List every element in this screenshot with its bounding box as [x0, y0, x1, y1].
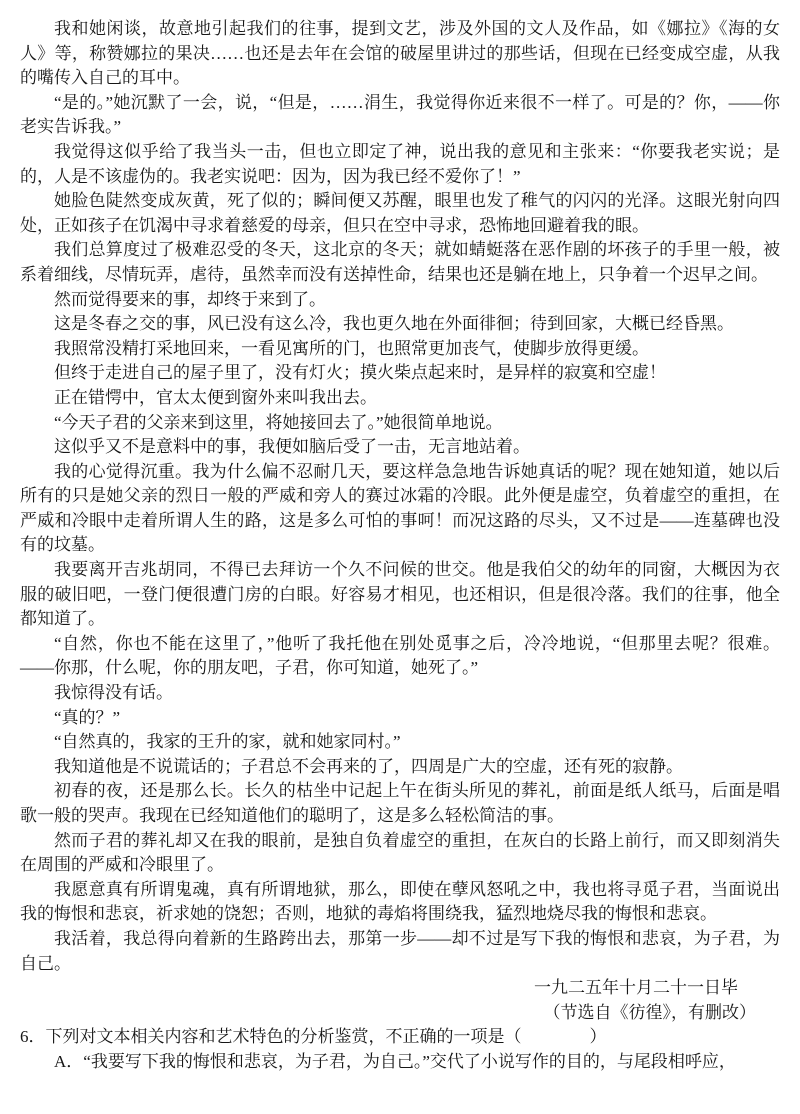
- paragraph: 我觉得这似乎给了我当头一击，但也立即定了神，说出我的意见和主张来：“你要我老实说…: [20, 140, 780, 189]
- paragraph: 她脸色陡然变成灰黄，死了似的；瞬间便又苏醒，眼里也发了稚气的闪闪的光泽。这眼光射…: [20, 189, 780, 238]
- paragraph: “自然真的，我家的王升的家，就和她家同村。”: [20, 730, 780, 755]
- source-attribution-line: （节选自《彷徨》，有删改）: [20, 1001, 780, 1026]
- paragraph: 这是冬春之交的事，风已没有这么冷，我也更久地在外面徘徊；待到回家，大概已经昏黑。: [20, 312, 780, 337]
- paragraph: “真的？”: [20, 706, 780, 731]
- option-a-text: “我要写下我的悔恨和悲哀，为子君，为自己。”交代了小说写作的目的，与尾段相呼应，: [83, 1052, 736, 1071]
- paragraph: 我要离开吉兆胡同，不得已去拜访一个久不问候的世交。他是我伯父的幼年的同窗，大概因…: [20, 558, 780, 632]
- paragraph: 正在错愕中，官太太便到窗外来叫我出去。: [20, 386, 780, 411]
- paragraph: 我和她闲谈，故意地引起我们的往事，提到文艺，涉及外国的文人及作品，如《娜拉》《海…: [20, 17, 780, 91]
- question-6: 6．下列对文本相关内容和艺术特色的分析鉴赏，不正确的一项是（ ）: [20, 1025, 780, 1050]
- document-page: 我和她闲谈，故意地引起我们的往事，提到文艺，涉及外国的文人及作品，如《娜拉》《海…: [0, 0, 800, 1114]
- paragraph: “自然，你也不能在这里了，”他听了我托他在别处觅事之后，冷冷地说，“但那里去呢？…: [20, 632, 780, 681]
- paragraph: 我知道他是不说谎话的；子君总不会再来的了，四周是广大的空虚，还有死的寂静。: [20, 755, 780, 780]
- paragraph: 然而子君的葬礼却又在我的眼前，是独自负着虚空的重担，在灰白的长路上前行，而又即刻…: [20, 829, 780, 878]
- paragraph: 我照常没精打采地回来，一看见寓所的门，也照常更加丧气，使脚步放得更缓。: [20, 337, 780, 362]
- question-stem: 下列对文本相关内容和艺术特色的分析鉴赏，不正确的一项是（ ）: [46, 1027, 607, 1046]
- paragraph: “是的。”她沉默了一会，说，“但是，……涓生，我觉得你近来很不一样了。可是的？你…: [20, 91, 780, 140]
- option-a-label: A．: [54, 1052, 83, 1071]
- completion-date-line: 一九二五年十月二十一日毕: [20, 976, 780, 1001]
- paragraph: 我们总算度过了极难忍受的冬天，这北京的冬天；就如蜻蜓落在恶作剧的坏孩子的手里一般…: [20, 238, 780, 287]
- paragraph: 我的心觉得沉重。我为什么偏不忍耐几天，要这样急急地告诉她真话的呢？现在她知道，她…: [20, 460, 780, 558]
- paragraph: 这似乎又不是意料中的事，我便如脑后受了一击，无言地站着。: [20, 435, 780, 460]
- paragraph: 我愿意真有所谓鬼魂，真有所谓地狱，那么，即使在孽风怒吼之中，我也将寻觅子君，当面…: [20, 878, 780, 927]
- paragraph: 然而觉得要来的事，却终于来到了。: [20, 288, 780, 313]
- question-number: 6．: [20, 1027, 46, 1046]
- paragraph: 我惊得没有话。: [20, 681, 780, 706]
- paragraph: 初春的夜，还是那么长。长久的枯坐中记起上午在街头所见的葬礼，前面是纸人纸马，后面…: [20, 779, 780, 828]
- question-6-option-a: A．“我要写下我的悔恨和悲哀，为子君，为自己。”交代了小说写作的目的，与尾段相呼…: [20, 1050, 780, 1075]
- paragraph: 但终于走进自己的屋子里了，没有灯火；摸火柴点起来时，是异样的寂寞和空虚！: [20, 361, 780, 386]
- paragraph: “今天子君的父亲来到这里，将她接回去了。”她很简单地说。: [20, 411, 780, 436]
- paragraph: 我活着，我总得向着新的生路跨出去，那第一步——却不过是写下我的悔恨和悲哀，为子君…: [20, 927, 780, 976]
